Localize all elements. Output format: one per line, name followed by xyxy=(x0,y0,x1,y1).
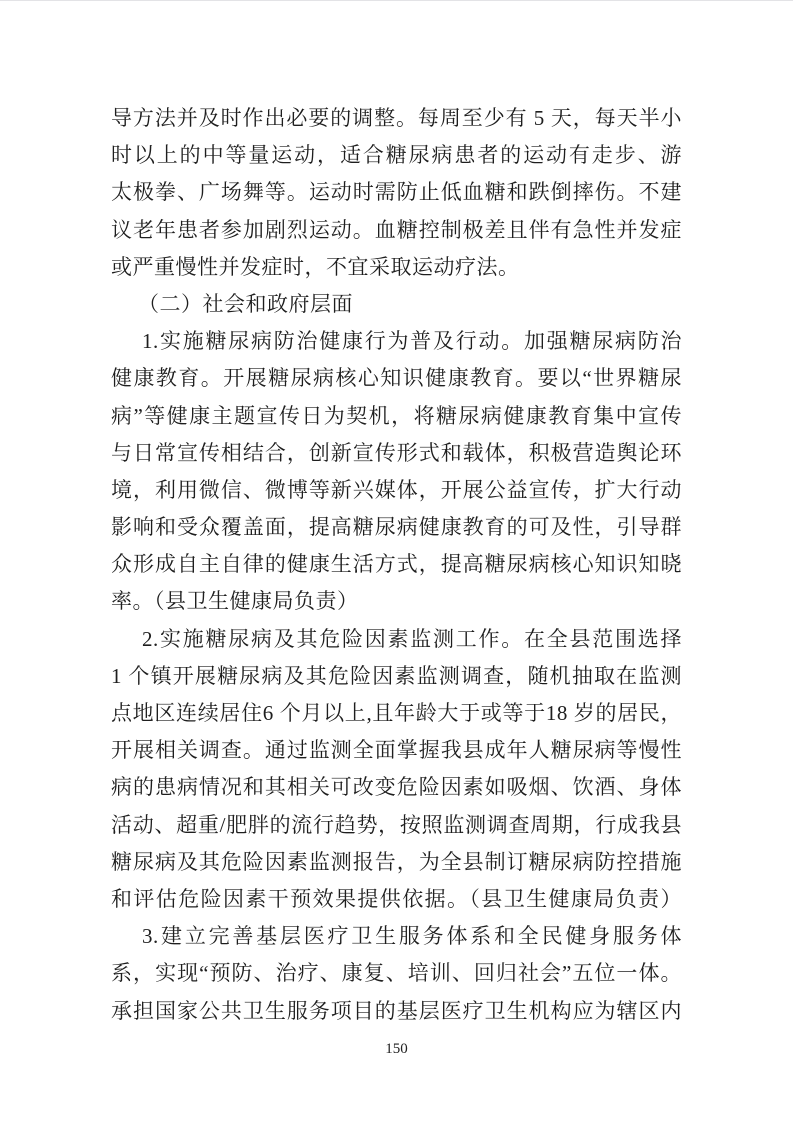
text-line: 或严重慢性并发症时，不宜采取运动疗法。 xyxy=(111,249,682,286)
text-line: 率。（县卫生健康局负责） xyxy=(111,583,682,620)
text-line: 病的患病情况和其相关可改变危险因素如吸烟、饮酒、身体 xyxy=(111,769,682,806)
text-line: 和评估危险因素干预效果提供依据。（县卫生健康局负责） xyxy=(111,881,682,918)
text-line: 健康教育。开展糖尿病核心知识健康教育。要以“世界糖尿 xyxy=(111,360,682,397)
text-line: 时以上的中等量运动，适合糖尿病患者的运动有走步、游泳、 xyxy=(111,137,682,174)
text-line: 导方法并及时作出必要的调整。每周至少有 5 天，每天半小 xyxy=(111,100,682,137)
text-line: 与日常宣传相结合，创新宣传形式和载体，积极营造舆论环 xyxy=(111,435,682,472)
section-heading-line: （二）社会和政府层面 xyxy=(111,286,682,323)
text-line: 病”等健康主题宣传日为契机，将糖尿病健康教育集中宣传 xyxy=(111,398,682,435)
text-line: 议老年患者参加剧烈运动。血糖控制极差且伴有急性并发症 xyxy=(111,212,682,249)
text-line: 活动、超重/肥胖的流行趋势，按照监测调查周期，行成我县 xyxy=(111,807,682,844)
text-line: 糖尿病及其危险因素监测报告，为全县制订糖尿病防控措施 xyxy=(111,844,682,881)
text-line: 承担国家公共卫生服务项目的基层医疗卫生机构应为辖区内 xyxy=(111,993,682,1030)
page-number: 150 xyxy=(0,1039,793,1059)
text-line: 影响和受众覆盖面，提高糖尿病健康教育的可及性，引导群 xyxy=(111,509,682,546)
document-page: 导方法并及时作出必要的调整。每周至少有 5 天，每天半小时以上的中等量运动，适合… xyxy=(0,0,793,1122)
text-line: 系，实现“预防、治疗、康复、培训、回归社会”五位一体。 xyxy=(111,955,682,992)
text-line: 1 个镇开展糖尿病及其危险因素监测调查，随机抽取在监测 xyxy=(111,658,682,695)
text-line: 1.实施糖尿病防治健康行为普及行动。加强糖尿病防治 xyxy=(111,323,682,360)
text-line: 太极拳、广场舞等。运动时需防止低血糖和跌倒摔伤。不建 xyxy=(111,174,682,211)
text-line: 众形成自主自律的健康生活方式，提高糖尿病核心知识知晓 xyxy=(111,546,682,583)
text-line: 开展相关调查。通过监测全面掌握我县成年人糖尿病等慢性 xyxy=(111,732,682,769)
text-line: 境，利用微信、微博等新兴媒体，开展公益宣传，扩大行动 xyxy=(111,472,682,509)
text-line: 2.实施糖尿病及其危险因素监测工作。在全县范围选择 xyxy=(111,621,682,658)
text-line: 点地区连续居住6 个月以上,且年龄大于或等于18 岁的居民， xyxy=(111,695,682,732)
text-line: 3.建立完善基层医疗卫生服务体系和全民健身服务体 xyxy=(111,918,682,955)
document-text-block: 导方法并及时作出必要的调整。每周至少有 5 天，每天半小时以上的中等量运动，适合… xyxy=(111,100,682,1030)
